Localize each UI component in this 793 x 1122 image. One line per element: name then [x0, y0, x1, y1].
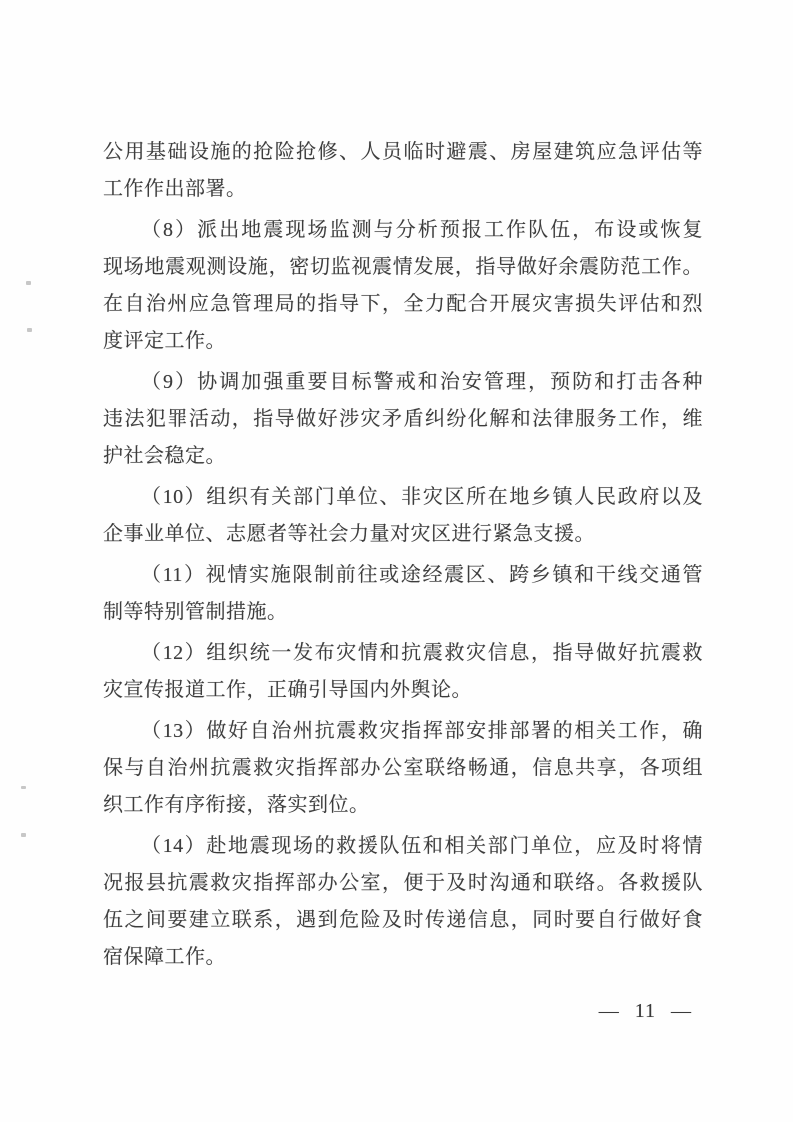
text-line: 公用基础设施的抢险抢修、人员临时避震、房屋建筑应急评估等 — [103, 134, 703, 171]
scan-speck — [21, 833, 26, 837]
scan-speck — [26, 281, 31, 285]
paragraph-item-14: （14）赴地震现场的救援队伍和相关部门单位，应及时将情 况报县抗震救灾指挥部办公… — [103, 828, 703, 976]
text-line: 制等特别管制措施。 — [103, 594, 703, 631]
paragraph-item-12: （12）组织统一发布灾情和抗震救灾信息，指导做好抗震救 灾宣传报道工作，正确引导… — [103, 635, 703, 709]
document-page: 公用基础设施的抢险抢修、人员临时避震、房屋建筑应急评估等 工作作出部署。 （8）… — [0, 0, 793, 1122]
text-line: （8）派出地震现场监测与分析预报工作队伍，布设或恢复 — [103, 212, 703, 249]
text-line: 宿保障工作。 — [103, 939, 703, 976]
text-line: （9）协调加强重要目标警戒和治安管理，预防和打击各种 — [103, 364, 703, 401]
text-line: 灾宣传报道工作，正确引导国内外舆论。 — [103, 672, 703, 709]
paragraph-continuation: 公用基础设施的抢险抢修、人员临时避震、房屋建筑应急评估等 工作作出部署。 — [103, 134, 703, 208]
paragraph-item-9: （9）协调加强重要目标警戒和治安管理，预防和打击各种 违法犯罪活动，指导做好涉灾… — [103, 364, 703, 475]
text-line: 况报县抗震救灾指挥部办公室，便于及时沟通和联络。各救援队 — [103, 865, 703, 902]
paragraph-item-8: （8）派出地震现场监测与分析预报工作队伍，布设或恢复 现场地震观测设施，密切监视… — [103, 212, 703, 360]
text-line: （10）组织有关部门单位、非灾区所在地乡镇人民政府以及 — [103, 479, 703, 516]
text-line: 保与自治州抗震救灾指挥部办公室联络畅通，信息共享，各项组 — [103, 750, 703, 787]
text-line: 工作作出部署。 — [103, 171, 703, 208]
text-line: 织工作有序衔接，落实到位。 — [103, 787, 703, 824]
text-line: 护社会稳定。 — [103, 438, 703, 475]
text-line: 现场地震观测设施，密切监视震情发展，指导做好余震防范工作。 — [103, 249, 703, 286]
text-line: 违法犯罪活动，指导做好涉灾矛盾纠纷化解和法律服务工作，维 — [103, 401, 703, 438]
paragraph-item-11: （11）视情实施限制前往或途经震区、跨乡镇和干线交通管 制等特别管制措施。 — [103, 557, 703, 631]
text-line: 在自治州应急管理局的指导下，全力配合开展灾害损失评估和烈 — [103, 286, 703, 323]
text-line: 伍之间要建立联系，遇到危险及时传递信息，同时要自行做好食 — [103, 902, 703, 939]
text-line: 企事业单位、志愿者等社会力量对灾区进行紧急支援。 — [103, 516, 703, 553]
text-line: 度评定工作。 — [103, 323, 703, 360]
paragraph-item-13: （13）做好自治州抗震救灾指挥部安排部署的相关工作，确 保与自治州抗震救灾指挥部… — [103, 713, 703, 824]
body-text: 公用基础设施的抢险抢修、人员临时避震、房屋建筑应急评估等 工作作出部署。 （8）… — [103, 134, 703, 976]
scan-speck — [21, 786, 26, 789]
text-line: （11）视情实施限制前往或途经震区、跨乡镇和干线交通管 — [103, 557, 703, 594]
text-line: （12）组织统一发布灾情和抗震救灾信息，指导做好抗震救 — [103, 635, 703, 672]
text-line: （13）做好自治州抗震救灾指挥部安排部署的相关工作，确 — [103, 713, 703, 750]
text-line: （14）赴地震现场的救援队伍和相关部门单位，应及时将情 — [103, 828, 703, 865]
scan-speck — [27, 328, 32, 332]
paragraph-item-10: （10）组织有关部门单位、非灾区所在地乡镇人民政府以及 企事业单位、志愿者等社会… — [103, 479, 703, 553]
page-number: — 11 — — [599, 998, 692, 1024]
